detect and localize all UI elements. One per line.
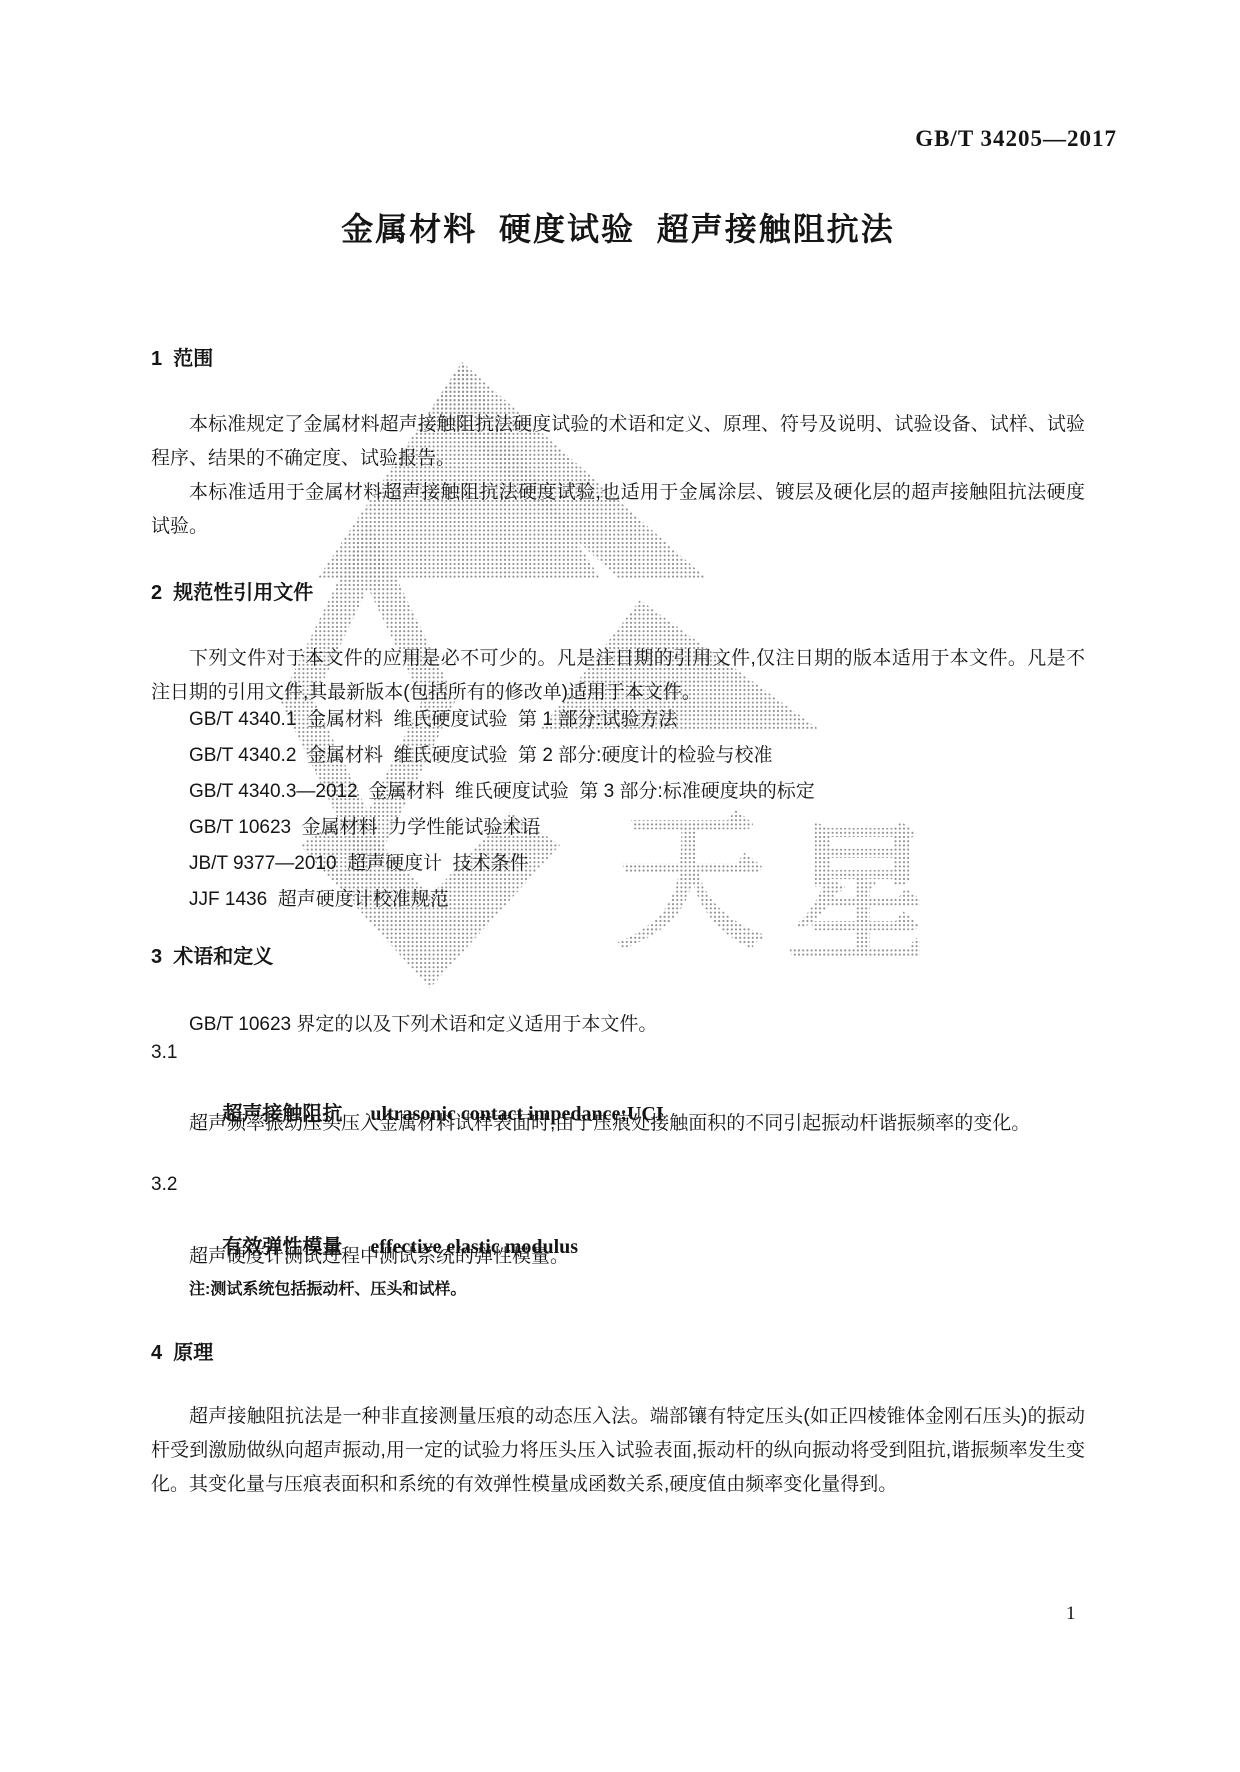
document-page: 天 星 GB/T 34205—2017 金属材料 硬度试验 超声接触阻抗法 1 … (0, 0, 1240, 1772)
reference-item: GB/T 10623 金属材料 力学性能试验术语 (189, 810, 1089, 846)
term-3-1-definition: 超声频率振动压头压入金属材料试样表面时,由于压痕处接触面积的不同引起振动杆谐振频… (151, 1107, 1085, 1141)
clause-3-2-label: 3.2 (151, 1174, 177, 1196)
section-3-intro: GB/T 10623 界定的以及下列术语和定义适用于本文件。 (151, 1008, 1085, 1042)
page-number: 1 (1066, 1603, 1076, 1625)
section-1-paragraph-2: 本标准适用于金属材料超声接触阻抗法硬度试验,也适用于金属涂层、镀层及硬化层的超声… (151, 476, 1085, 544)
normative-reference-list: GB/T 4340.1 金属材料 维氏硬度试验 第 1 部分:试验方法 GB/T… (189, 702, 1089, 918)
standard-code-header: GB/T 34205—2017 (915, 126, 1117, 152)
section-2-heading: 2 规范性引用文件 (151, 576, 313, 605)
section-1-heading: 1 范围 (151, 342, 213, 371)
reference-item: JB/T 9377—2010 超声硬度计 技术条件 (189, 846, 1089, 882)
term-3-2-definition: 超声硬度计测试过程中测试系统的弹性模量。 (151, 1240, 1085, 1274)
section-4-heading: 4 原理 (151, 1336, 213, 1365)
reference-item: GB/T 4340.3—2012 金属材料 维氏硬度试验 第 3 部分:标准硬度… (189, 774, 1089, 810)
term-3-2-note: 注:测试系统包括振动杆、压头和试样。 (189, 1276, 466, 1299)
section-4-paragraph-1: 超声接触阻抗法是一种非直接测量压痕的动态压入法。端部镶有特定压头(如正四棱锥体金… (151, 1400, 1085, 1502)
document-title: 金属材料 硬度试验 超声接触阻抗法 (151, 204, 1085, 250)
section-2-intro: 下列文件对于本文件的应用是必不可少的。凡是注日期的引用文件,仅注日期的版本适用于… (151, 642, 1085, 710)
reference-item: GB/T 4340.2 金属材料 维氏硬度试验 第 2 部分:硬度计的检验与校准 (189, 738, 1089, 774)
reference-item: GB/T 4340.1 金属材料 维氏硬度试验 第 1 部分:试验方法 (189, 702, 1089, 738)
section-1-paragraph-1: 本标准规定了金属材料超声接触阻抗法硬度试验的术语和定义、原理、符号及说明、试验设… (151, 408, 1085, 476)
clause-3-1-label: 3.1 (151, 1042, 177, 1064)
reference-item: JJF 1436 超声硬度计校准规范 (189, 882, 1089, 918)
section-3-heading: 3 术语和定义 (151, 940, 273, 969)
